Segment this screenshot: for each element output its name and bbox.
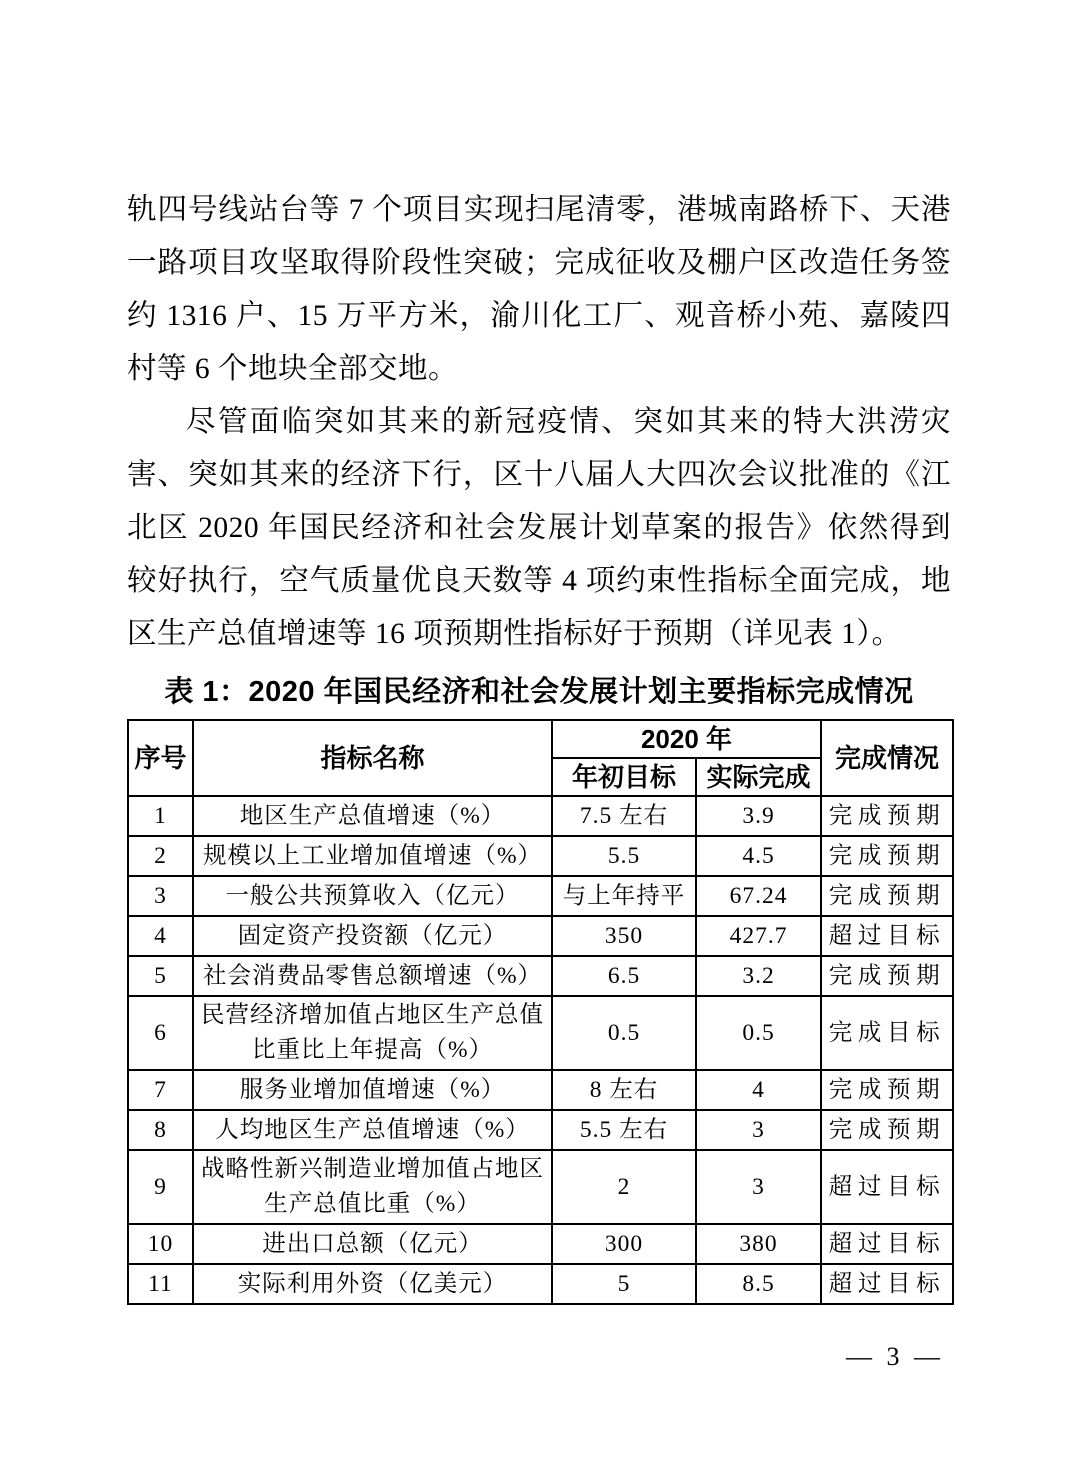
cell-actual: 8.5: [696, 1264, 821, 1304]
table-row: 2 规模以上工业增加值增速（%） 5.5 4.5 完成预期: [128, 836, 953, 876]
indicator-table: 序号 指标名称 2020 年 完成情况 年初目标 实际完成 1 地区生产总值增速…: [127, 719, 954, 1305]
body-paragraph: 轨四号线站台等 7 个项目实现扫尾清零，港城南路桥下、天港一路项目攻坚取得阶段性…: [127, 184, 951, 396]
header-year-group: 2020 年: [552, 720, 821, 758]
cell-target: 7.5 左右: [552, 796, 696, 836]
cell-index: 10: [128, 1224, 193, 1264]
table-row: 7 服务业增加值增速（%） 8 左右 4 完成预期: [128, 1070, 953, 1110]
cell-index: 5: [128, 956, 193, 996]
document-body: 轨四号线站台等 7 个项目实现扫尾清零，港城南路桥下、天港一路项目攻坚取得阶段性…: [127, 184, 951, 1305]
cell-target: 350: [552, 916, 696, 956]
cell-status: 完成预期: [821, 1070, 953, 1110]
cell-status: 完成预期: [821, 1110, 953, 1150]
cell-actual: 3.9: [696, 796, 821, 836]
cell-indicator-name: 规模以上工业增加值增速（%）: [193, 836, 552, 876]
cell-indicator-name: 地区生产总值增速（%）: [193, 796, 552, 836]
cell-actual: 3.2: [696, 956, 821, 996]
cell-indicator-name: 进出口总额（亿元）: [193, 1224, 552, 1264]
cell-index: 1: [128, 796, 193, 836]
document-page: 轨四号线站台等 7 个项目实现扫尾清零，港城南路桥下、天港一路项目攻坚取得阶段性…: [0, 0, 1074, 1458]
cell-status: 完成预期: [821, 796, 953, 836]
cell-indicator-name: 人均地区生产总值增速（%）: [193, 1110, 552, 1150]
table-row: 10 进出口总额（亿元） 300 380 超过目标: [128, 1224, 953, 1264]
cell-indicator-name: 服务业增加值增速（%）: [193, 1070, 552, 1110]
cell-index: 2: [128, 836, 193, 876]
table-body: 1 地区生产总值增速（%） 7.5 左右 3.9 完成预期 2 规模以上工业增加…: [128, 796, 953, 1304]
cell-actual: 3: [696, 1110, 821, 1150]
table-row: 5 社会消费品零售总额增速（%） 6.5 3.2 完成预期: [128, 956, 953, 996]
cell-actual: 4.5: [696, 836, 821, 876]
cell-target: 5.5 左右: [552, 1110, 696, 1150]
cell-status: 完成预期: [821, 836, 953, 876]
cell-status: 完成预期: [821, 956, 953, 996]
header-target: 年初目标: [552, 758, 696, 796]
cell-index: 6: [128, 996, 193, 1070]
header-status: 完成情况: [821, 720, 953, 796]
cell-target: 0.5: [552, 996, 696, 1070]
cell-target: 300: [552, 1224, 696, 1264]
cell-indicator-name: 固定资产投资额（亿元）: [193, 916, 552, 956]
table-header: 序号 指标名称 2020 年 完成情况 年初目标 实际完成: [128, 720, 953, 796]
cell-indicator-name: 社会消费品零售总额增速（%）: [193, 956, 552, 996]
cell-actual: 0.5: [696, 996, 821, 1070]
cell-target: 5: [552, 1264, 696, 1304]
table-row: 3 一般公共预算收入（亿元） 与上年持平 67.24 完成预期: [128, 876, 953, 916]
cell-actual: 67.24: [696, 876, 821, 916]
cell-target: 8 左右: [552, 1070, 696, 1110]
body-paragraph: 尽管面临突如其来的新冠疫情、突如其来的特大洪涝灾害、突如其来的经济下行，区十八届…: [127, 396, 951, 661]
table-row: 11 实际利用外资（亿美元） 5 8.5 超过目标: [128, 1264, 953, 1304]
cell-indicator-name: 民营经济增加值占地区生产总值比重比上年提高（%）: [193, 996, 552, 1070]
header-indicator: 指标名称: [193, 720, 552, 796]
cell-status: 超过目标: [821, 1264, 953, 1304]
cell-indicator-name: 实际利用外资（亿美元）: [193, 1264, 552, 1304]
cell-index: 11: [128, 1264, 193, 1304]
cell-status: 超过目标: [821, 916, 953, 956]
cell-index: 3: [128, 876, 193, 916]
cell-actual: 4: [696, 1070, 821, 1110]
header-actual: 实际完成: [696, 758, 821, 796]
cell-status: 超过目标: [821, 1224, 953, 1264]
cell-target: 6.5: [552, 956, 696, 996]
table-row: 9 战略性新兴制造业增加值占地区生产总值比重（%） 2 3 超过目标: [128, 1150, 953, 1224]
cell-index: 9: [128, 1150, 193, 1224]
table-title: 表 1：2020 年国民经济和社会发展计划主要指标完成情况: [127, 671, 951, 713]
cell-indicator-name: 战略性新兴制造业增加值占地区生产总值比重（%）: [193, 1150, 552, 1224]
cell-actual: 3: [696, 1150, 821, 1224]
cell-status: 完成目标: [821, 996, 953, 1070]
table-row: 8 人均地区生产总值增速（%） 5.5 左右 3 完成预期: [128, 1110, 953, 1150]
table-row: 1 地区生产总值增速（%） 7.5 左右 3.9 完成预期: [128, 796, 953, 836]
cell-indicator-name: 一般公共预算收入（亿元）: [193, 876, 552, 916]
table-row: 6 民营经济增加值占地区生产总值比重比上年提高（%） 0.5 0.5 完成目标: [128, 996, 953, 1070]
table-header-row-1: 序号 指标名称 2020 年 完成情况: [128, 720, 953, 758]
cell-index: 7: [128, 1070, 193, 1110]
cell-index: 8: [128, 1110, 193, 1150]
cell-target: 2: [552, 1150, 696, 1224]
cell-actual: 380: [696, 1224, 821, 1264]
table-row: 4 固定资产投资额（亿元） 350 427.7 超过目标: [128, 916, 953, 956]
cell-target: 5.5: [552, 836, 696, 876]
cell-index: 4: [128, 916, 193, 956]
cell-status: 完成预期: [821, 876, 953, 916]
page-number: — 3 —: [846, 1342, 944, 1372]
cell-actual: 427.7: [696, 916, 821, 956]
cell-status: 超过目标: [821, 1150, 953, 1224]
header-index: 序号: [128, 720, 193, 796]
cell-target: 与上年持平: [552, 876, 696, 916]
